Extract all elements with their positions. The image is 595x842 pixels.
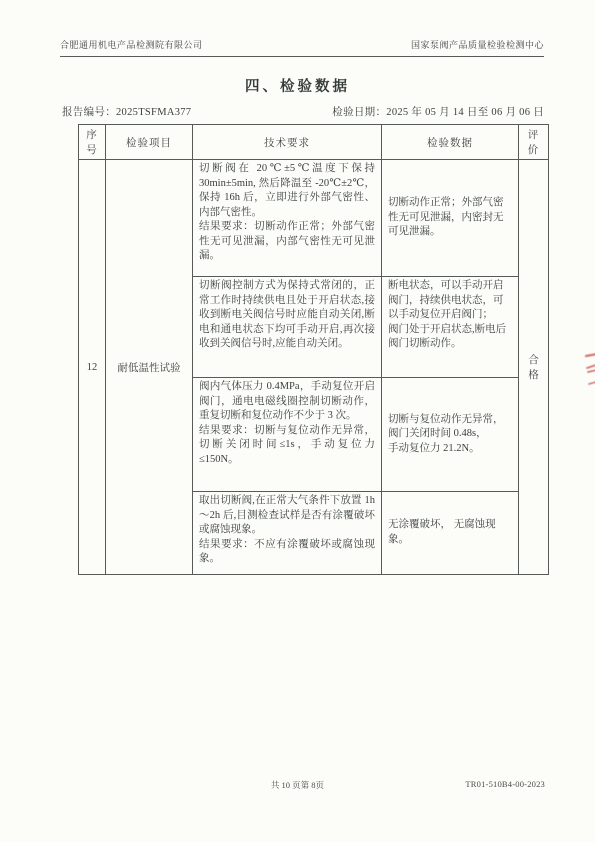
requirement-cell: 阀内气体压力 0.4MPa，手动复位开启阀门，通电电磁线圈控制切断动作，重复切断… bbox=[193, 378, 382, 492]
section-title: 四、检验数据 bbox=[0, 75, 595, 96]
requirement-cell: 切断阀在 20℃±5℃温度下保持 30min±5min, 然后降温至 -20℃±… bbox=[193, 160, 382, 277]
red-seal-fragment-icon bbox=[584, 352, 595, 394]
col-header-item: 检验项目 bbox=[106, 125, 193, 160]
data-cell: 无涂覆破坏， 无腐蚀现象。 bbox=[382, 492, 519, 575]
inspection-data-table: 序号 检验项目 技术要求 检验数据 评价 12 耐低温性试验 切断阀在 20℃±… bbox=[78, 124, 549, 575]
data-cell: 切断动作正常；外部气密性无可见泄漏，内密封无可见泄漏。 bbox=[382, 160, 519, 277]
data-cell: 断电状态，可以手动开启阀门，持续供电状态，可以手动复位开启阀门； 阀门处于开启状… bbox=[382, 277, 519, 378]
verdict-cell: 合格 bbox=[519, 160, 549, 575]
page-header: 合肥通用机电产品检测院有限公司 国家泵阀产品质量检验检测中心 bbox=[60, 38, 544, 57]
data-cell: 切断与复位动作无异常， 阀门关闭时间 0.48s， 手动复位力 21.2N。 bbox=[382, 378, 519, 492]
inspection-date: 检验日期：2025 年 05 月 14 日至 06 月 06 日 bbox=[332, 104, 544, 119]
item-cell: 耐低温性试验 bbox=[106, 160, 193, 575]
col-header-requirement: 技术要求 bbox=[193, 125, 382, 160]
col-header-data: 检验数据 bbox=[382, 125, 519, 160]
seq-cell: 12 bbox=[79, 160, 106, 575]
document-code: TR01-510B4-00-2023 bbox=[465, 779, 545, 789]
header-right-org: 国家泵阀产品质量检验检测中心 bbox=[411, 38, 544, 51]
report-page: 合肥通用机电产品检测院有限公司 国家泵阀产品质量检验检测中心 四、检验数据 报告… bbox=[0, 0, 595, 842]
report-number: 报告编号：2025TSFMA377 bbox=[62, 104, 191, 119]
requirement-cell: 切断阀控制方式为保持式常闭的，正常工作时持续供电且处于开启状态,接收到断电关阀信… bbox=[193, 277, 382, 378]
col-header-eval: 评价 bbox=[519, 125, 549, 160]
table-header-row: 序号 检验项目 技术要求 检验数据 评价 bbox=[79, 125, 549, 160]
requirement-cell: 取出切断阀,在正常大气条件下放置 1h～2h 后,目测检查试样是否有涂覆破坏或腐… bbox=[193, 492, 382, 575]
col-header-seq: 序号 bbox=[79, 125, 106, 160]
report-meta: 报告编号：2025TSFMA377 检验日期：2025 年 05 月 14 日至… bbox=[62, 104, 544, 119]
header-left-org: 合肥通用机电产品检测院有限公司 bbox=[60, 38, 203, 51]
table-row: 12 耐低温性试验 切断阀在 20℃±5℃温度下保持 30min±5min, 然… bbox=[79, 160, 549, 277]
